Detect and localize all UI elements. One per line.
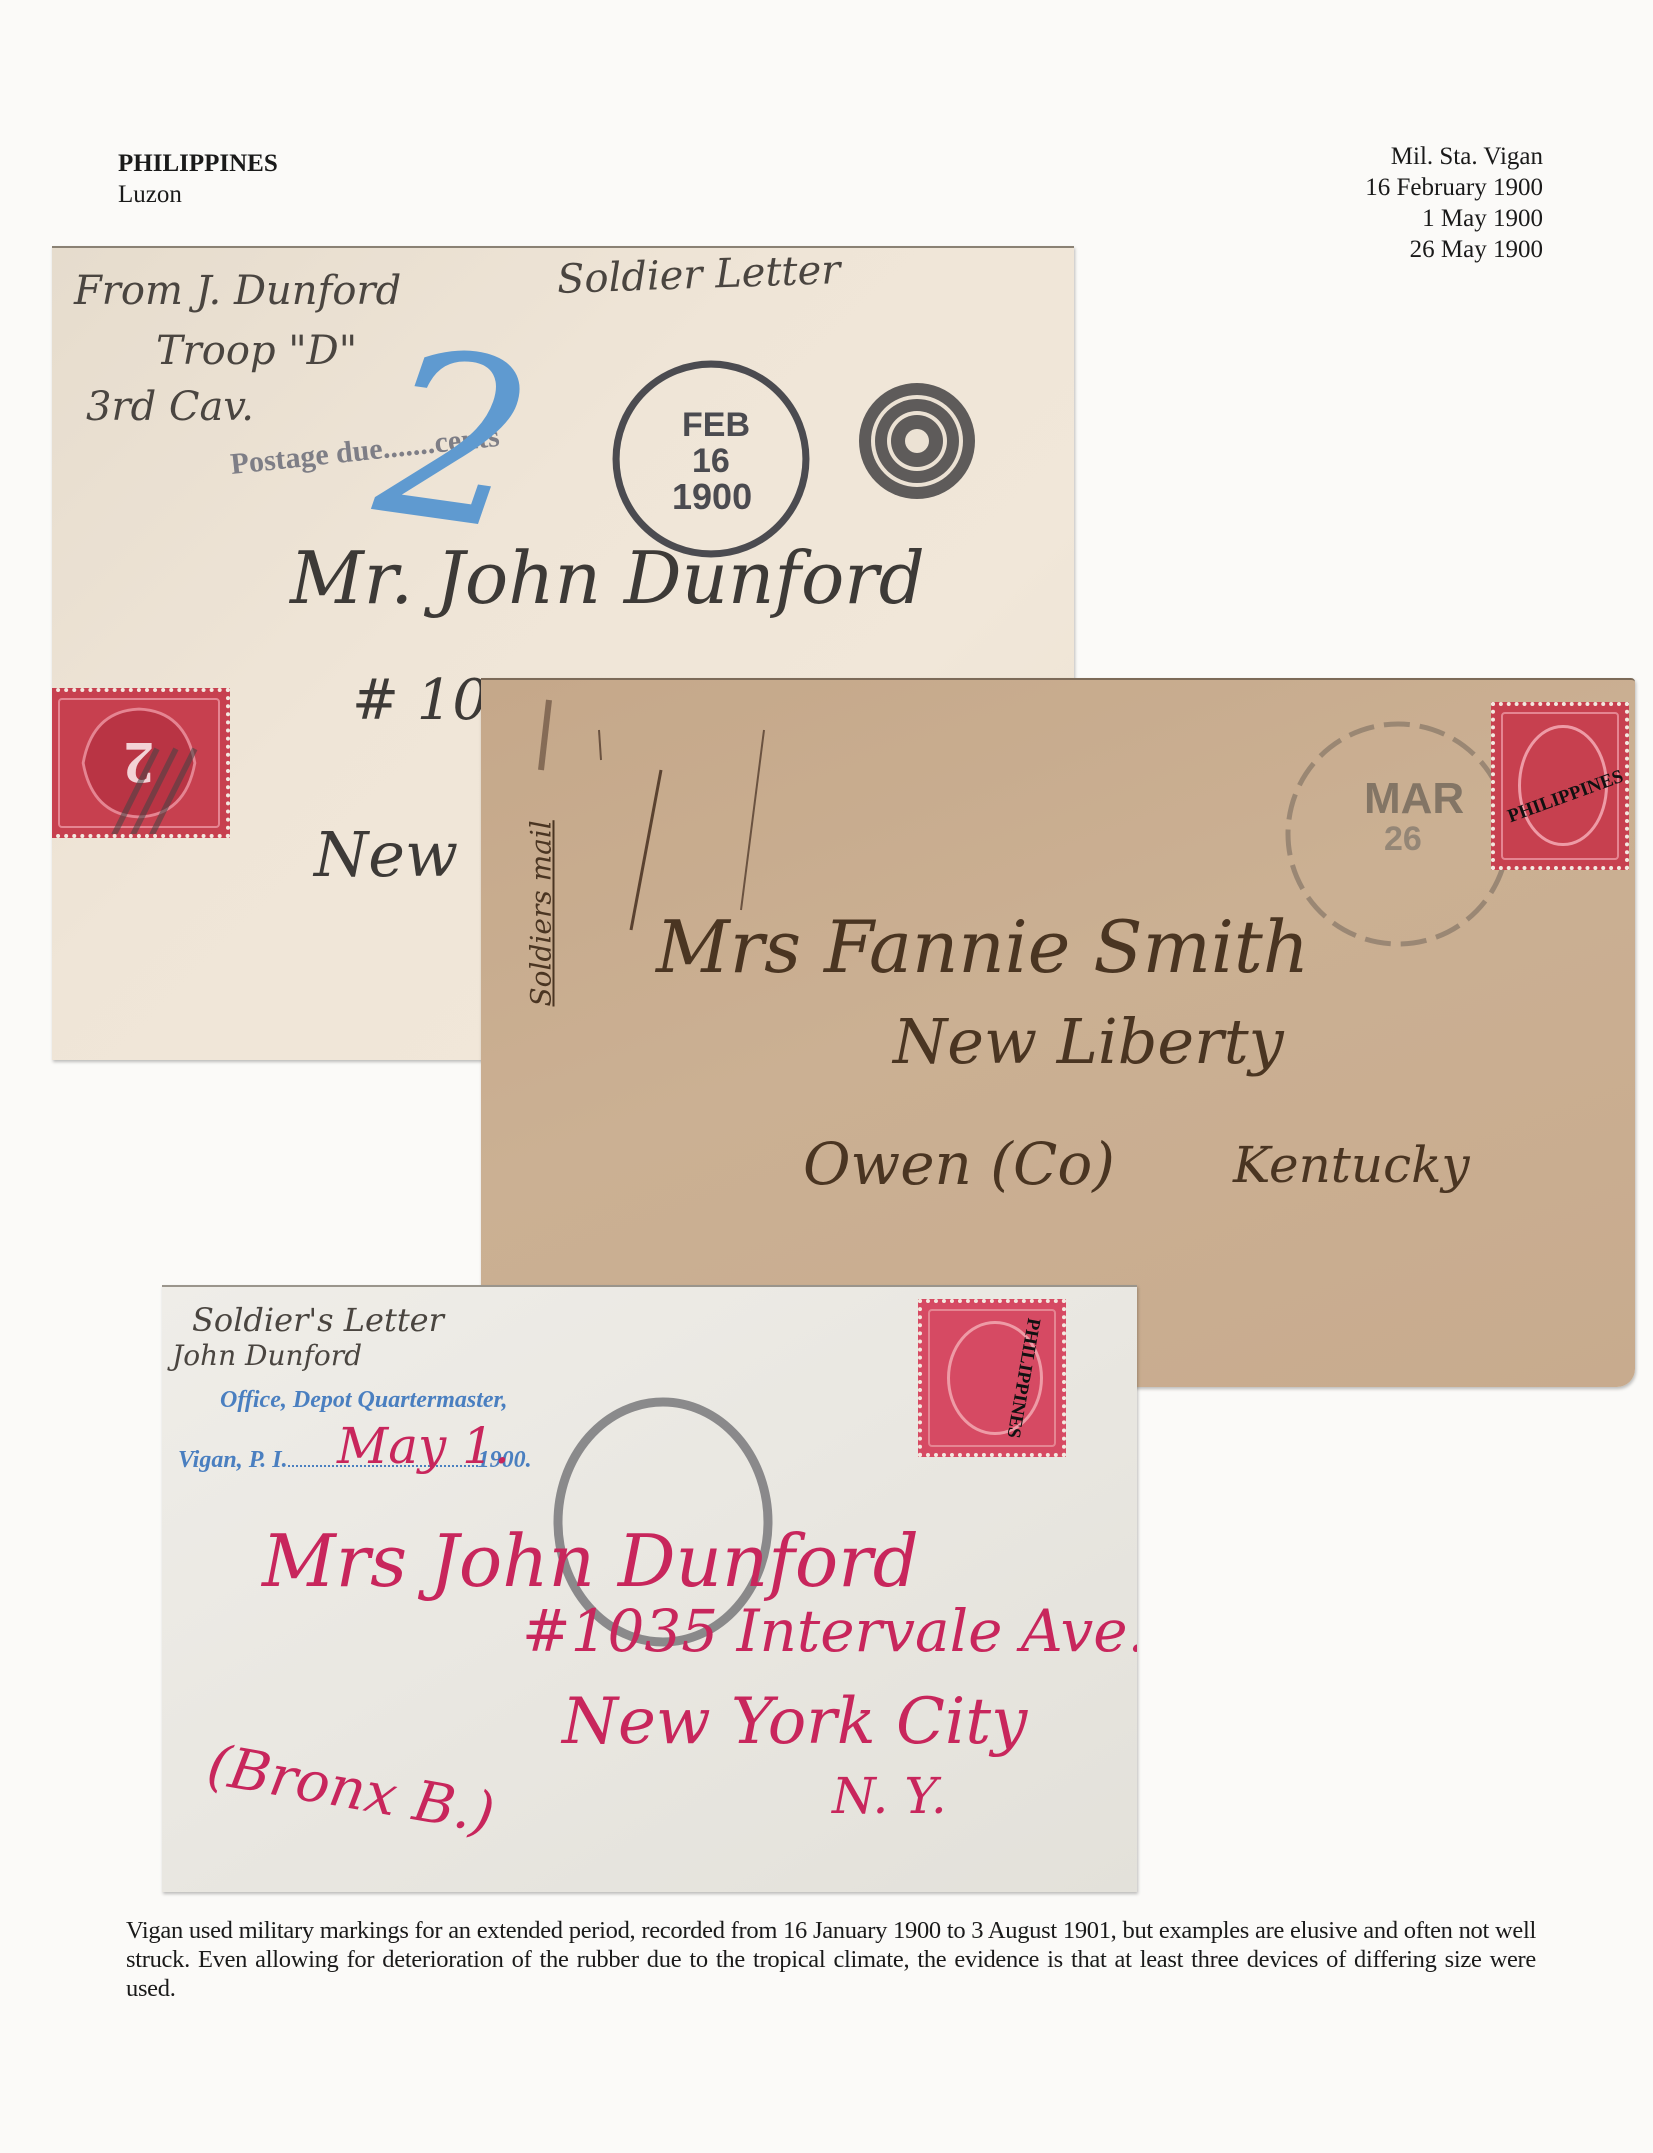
address-line-4: Kentucky xyxy=(1233,1136,1470,1194)
page-header-right: Mil. Sta. Vigan 16 February 1900 1 May 1… xyxy=(1365,141,1543,265)
soldiers-letter-endorsement: Soldier's Letter xyxy=(192,1301,444,1339)
duplex-cancel-bars xyxy=(52,692,226,834)
station-name: Mil. Sta. Vigan xyxy=(1365,141,1543,172)
address-line-2: # 10 xyxy=(352,668,488,733)
mar-postmark: MAR 26 xyxy=(1276,712,1521,957)
region-subtitle: Luzon xyxy=(118,179,278,210)
address-line-1: Mrs Fannie Smith xyxy=(656,905,1309,989)
address-line-1: Mrs John Dunford xyxy=(262,1519,919,1603)
sender-line-2: Troop "D" xyxy=(156,328,357,374)
postage-due-stamp: 2 xyxy=(52,688,230,838)
address-line-3: New York City xyxy=(562,1685,1027,1759)
postmark-day: 26 xyxy=(1384,820,1422,859)
cover-3-envelope: Soldier's Letter John Dunford Office, De… xyxy=(162,1285,1137,1892)
address-line-3: Owen (Co) xyxy=(803,1130,1115,1198)
cover-2-envelope: Soldiers mail MAR 26 PHILIPPINES Mrs Fan… xyxy=(481,678,1635,1387)
page-header-left: PHILIPPINES Luzon xyxy=(118,148,278,210)
handwritten-date: May 1. xyxy=(337,1417,510,1475)
washington-2c-stamp-inverted: PHILIPPINES xyxy=(918,1299,1066,1457)
address-line-5: (Bronx B.) xyxy=(203,1732,500,1846)
address-line-1: Mr. John Dunford xyxy=(290,536,925,620)
date-line-3: 26 May 1900 xyxy=(1365,234,1543,265)
soldier-letter-endorsement: Soldier Letter xyxy=(556,247,841,303)
address-line-3: New xyxy=(314,818,458,891)
address-line-2: #1035 Intervale Ave. xyxy=(522,1597,1137,1665)
postmark-month: FEB xyxy=(682,406,750,445)
date-line-2: 1 May 1900 xyxy=(1365,203,1543,234)
sender-line-1: From J. Dunford xyxy=(74,268,401,314)
concentric-rings-icon xyxy=(852,376,982,506)
target-cancel xyxy=(852,376,982,506)
address-line-4: N. Y. xyxy=(832,1767,947,1825)
corner-card-line-1: Office, Depot Quartermaster, xyxy=(220,1387,508,1414)
washington-2c-stamp: PHILIPPINES xyxy=(1491,702,1629,870)
exhibit-description: Vigan used military markings for an exte… xyxy=(126,1916,1536,2003)
postmark-month: MAR xyxy=(1364,774,1464,824)
cds-postmark: FEB 16 1900 xyxy=(610,358,812,560)
date-line-1: 16 February 1900 xyxy=(1365,172,1543,203)
sender-line-3: 3rd Cav. xyxy=(86,384,254,430)
country-title: PHILIPPINES xyxy=(118,148,278,179)
endorsement-sender-name: John Dunford xyxy=(172,1339,362,1372)
address-line-2: New Liberty xyxy=(893,1005,1284,1078)
postmark-year: 1900 xyxy=(672,476,752,518)
